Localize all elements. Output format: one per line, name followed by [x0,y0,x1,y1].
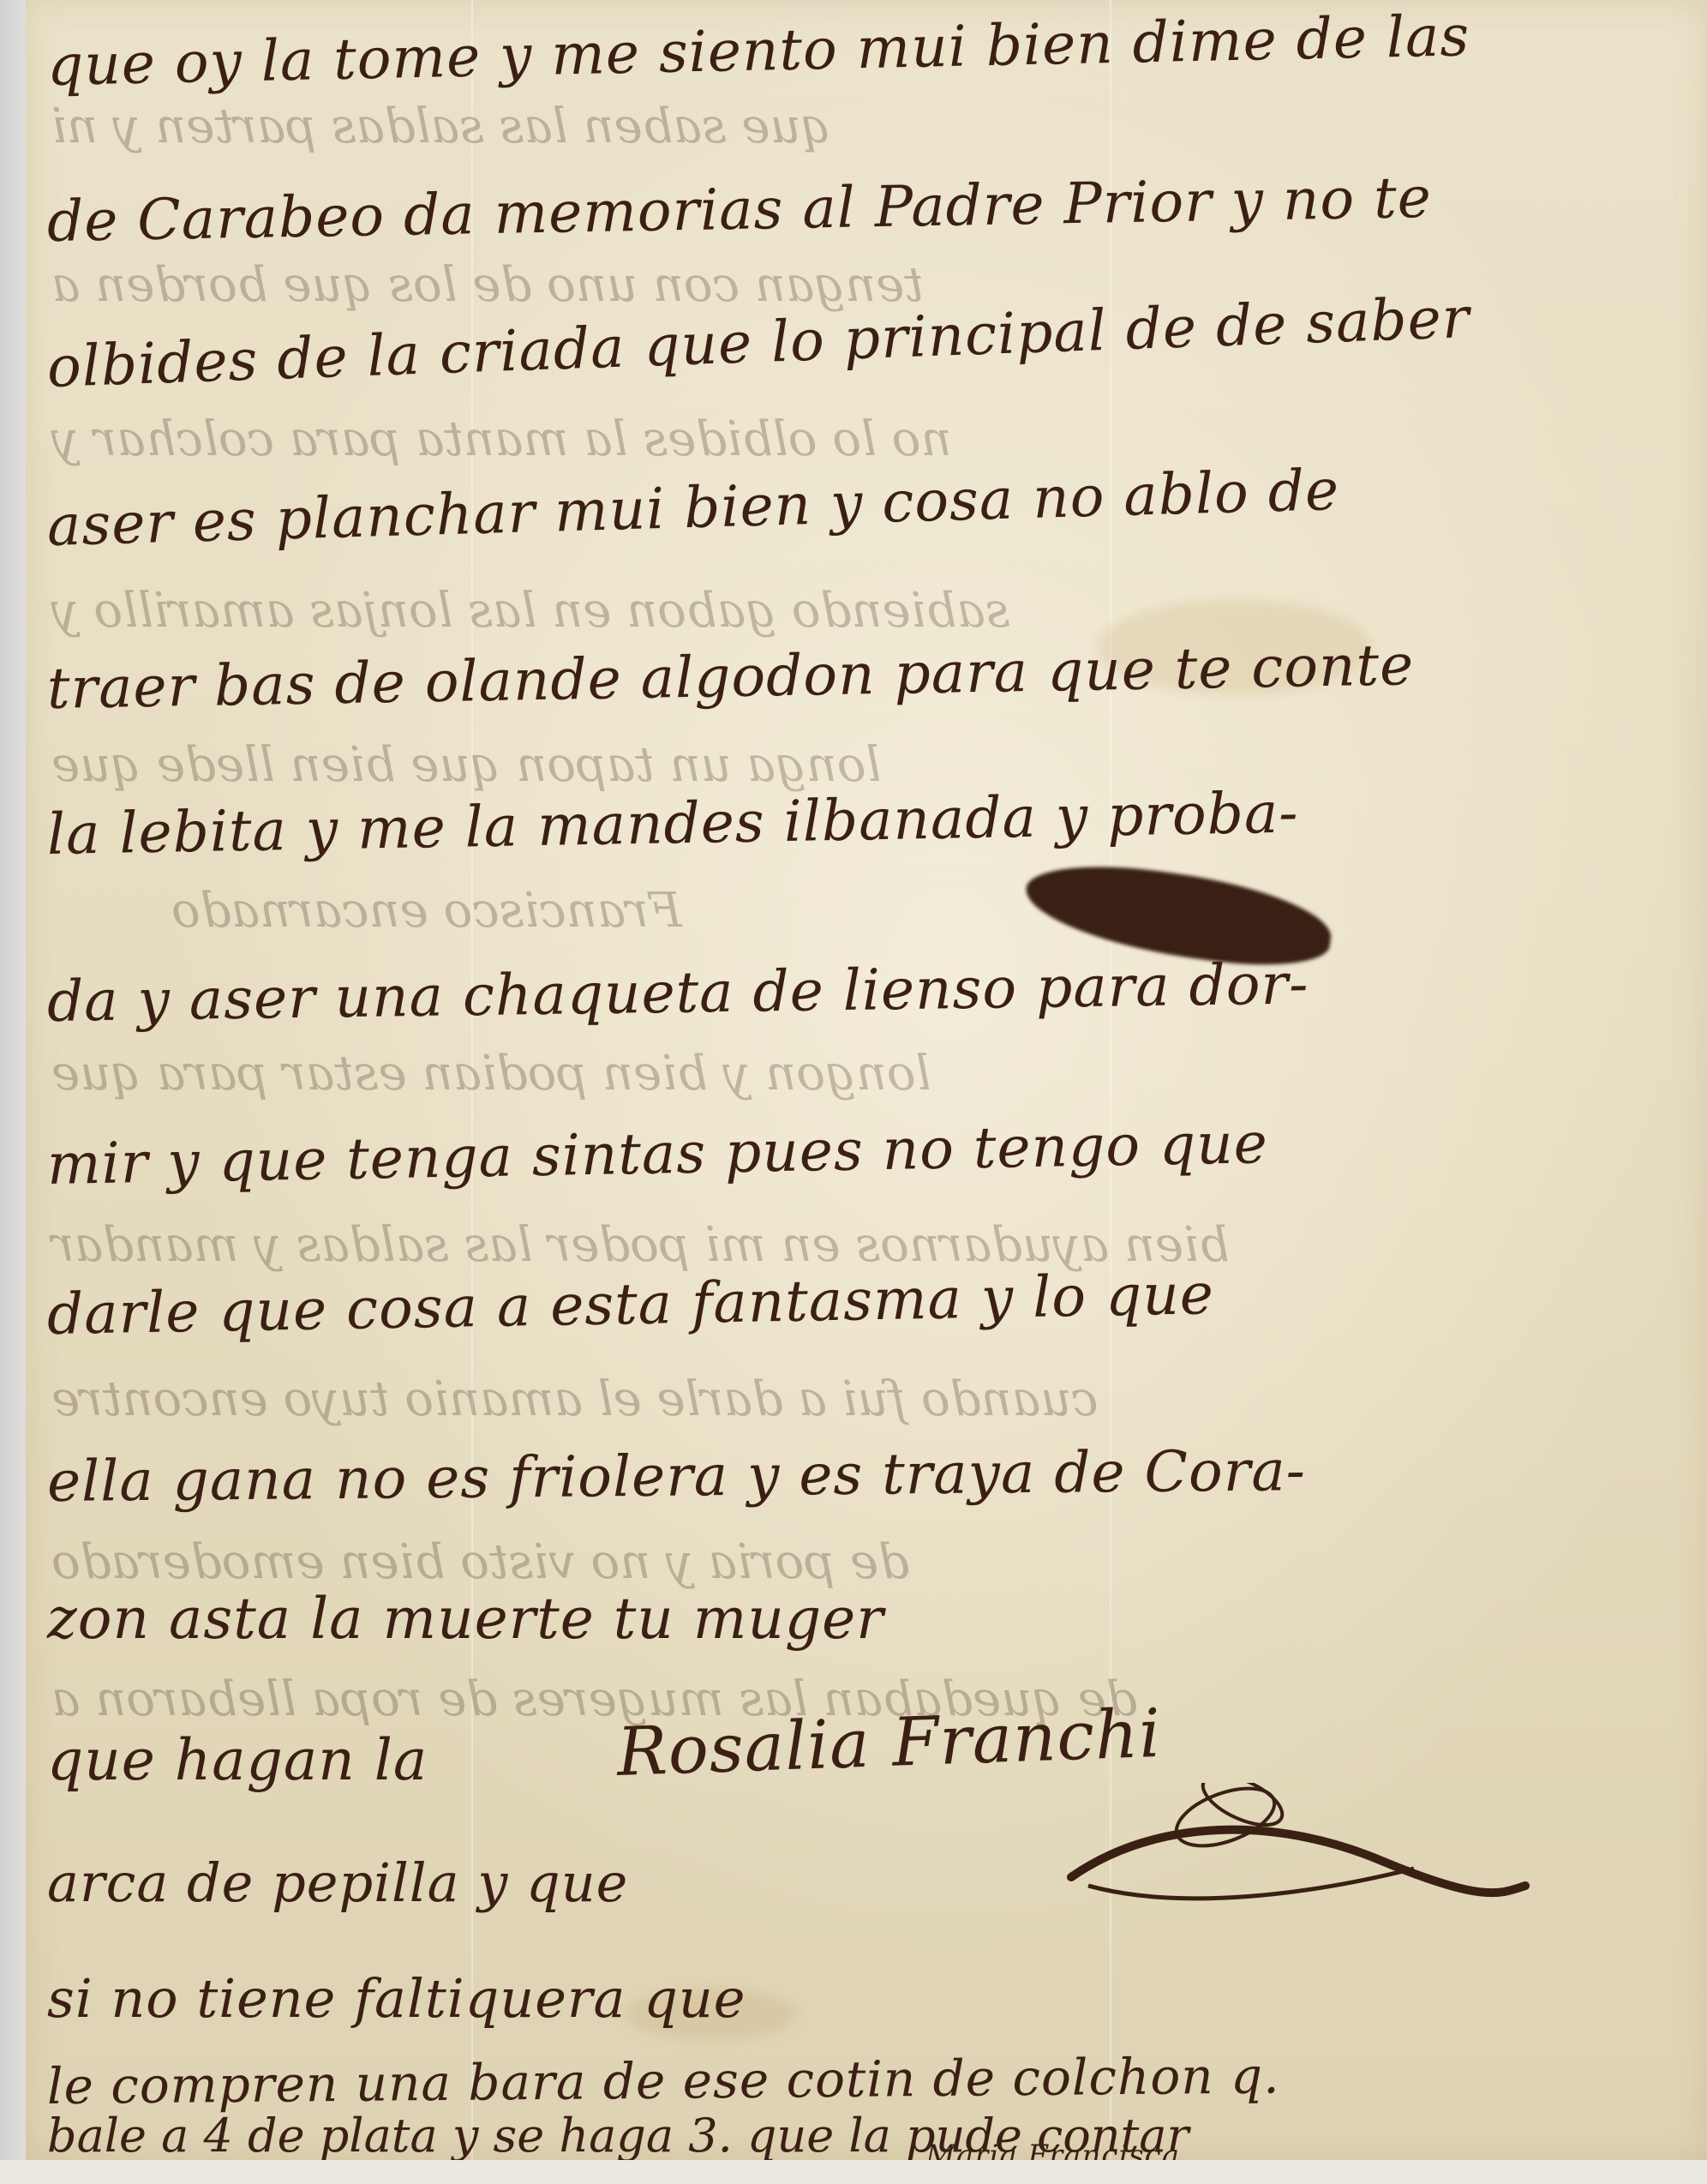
bleed-through-line: cuando fui a darle el amanio tuyo encont… [51,1371,1099,1427]
bleed-through-line: tengan con uno de los que borden a [51,257,924,313]
letter-line: si no tiene faltiquera que [47,1967,746,2030]
letter-line: arca de pepilla y que [47,1851,628,1914]
signature-rubric [1054,1783,1534,1903]
letter-line: zon asta la muerte tu muger [47,1586,884,1652]
bleed-through-line: longa un tapon que bien llede que [51,737,881,793]
letter-line: le compren una bara de ese cotin de colc… [47,2046,1280,2115]
bleed-through-line: longon y bien podian estar para que [51,1046,931,1101]
bleed-through-line: no lo olbides la manta para colchar y [51,411,951,467]
bleed-through-line: de poria y no visto bien emoderado [51,1534,909,1590]
letter-line: ella gana no es friolera y es traya de C… [47,1437,1307,1515]
bleed-through-line: Francisco encarnado [171,883,682,939]
bleed-through-line: que saben las saldas parten y ni [51,99,831,154]
bleed-through-line: sabiendo gabon en las lonjas amarillo y [51,583,1009,639]
photo-backdrop [0,0,29,2184]
letter-line: que hagan la [47,1727,428,1793]
photo-backdrop-bottom [0,2160,1707,2184]
